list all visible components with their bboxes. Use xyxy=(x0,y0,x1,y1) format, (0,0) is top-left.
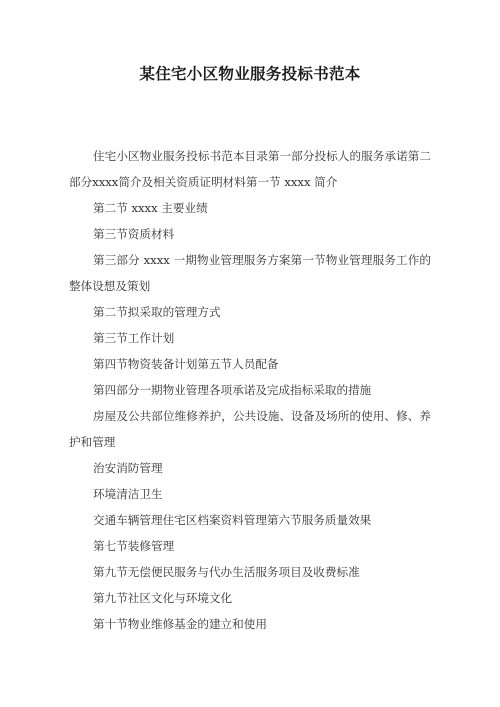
paragraph-part-4-commitments: 第四部分一期物业管理各项承诺及完成指标采取的措施 xyxy=(69,377,431,403)
paragraph-traffic-archives: 交通车辆管理住宅区档案资料管理第六节服务质量效果 xyxy=(69,507,431,533)
paragraph-section-2-achievements: 第二节 xxxx 主要业绩 xyxy=(69,195,431,221)
paragraph-equipment-staffing: 第四节物资装备计划第五节人员配备 xyxy=(69,351,431,377)
paragraph-security-fire: 治安消防管理 xyxy=(69,455,431,481)
paragraph-free-services: 第九节无偿便民服务与代办生活服务项目及收费标准 xyxy=(69,559,431,585)
paragraph-environment-cleaning: 环境清洁卫生 xyxy=(69,481,431,507)
paragraph-section-3-qualifications: 第三节资质材料 xyxy=(69,221,431,247)
paragraph-part-3-plan: 第三部分 xxxx 一期物业管理服务方案第一节物业管理服务工作的整体设想及策划 xyxy=(69,247,431,299)
paragraph-community-culture: 第九节社区文化与环境文化 xyxy=(69,585,431,611)
paragraph-toc-intro: 住宅小区物业服务投标书范本目录第一部分投标人的服务承诺第二部分xxxx简介及相关… xyxy=(69,143,431,195)
paragraph-management-method: 第二节拟采取的管理方式 xyxy=(69,299,431,325)
paragraph-work-plan: 第三节工作计划 xyxy=(69,325,431,351)
document-title: 某住宅小区物业服务投标书范本 xyxy=(0,62,500,84)
paragraph-renovation-management: 第七节装修管理 xyxy=(69,533,431,559)
paragraph-maintenance-fund: 第十节物业维修基金的建立和使用 xyxy=(69,611,431,637)
document-page: 某住宅小区物业服务投标书范本 住宅小区物业服务投标书范本目录第一部分投标人的服务… xyxy=(0,0,500,707)
document-body: 住宅小区物业服务投标书范本目录第一部分投标人的服务承诺第二部分xxxx简介及相关… xyxy=(69,143,431,637)
paragraph-building-maintenance: 房屋及公共部位维修养护，公共设施、设备及场所的使用、修、养护和管理 xyxy=(69,403,431,455)
